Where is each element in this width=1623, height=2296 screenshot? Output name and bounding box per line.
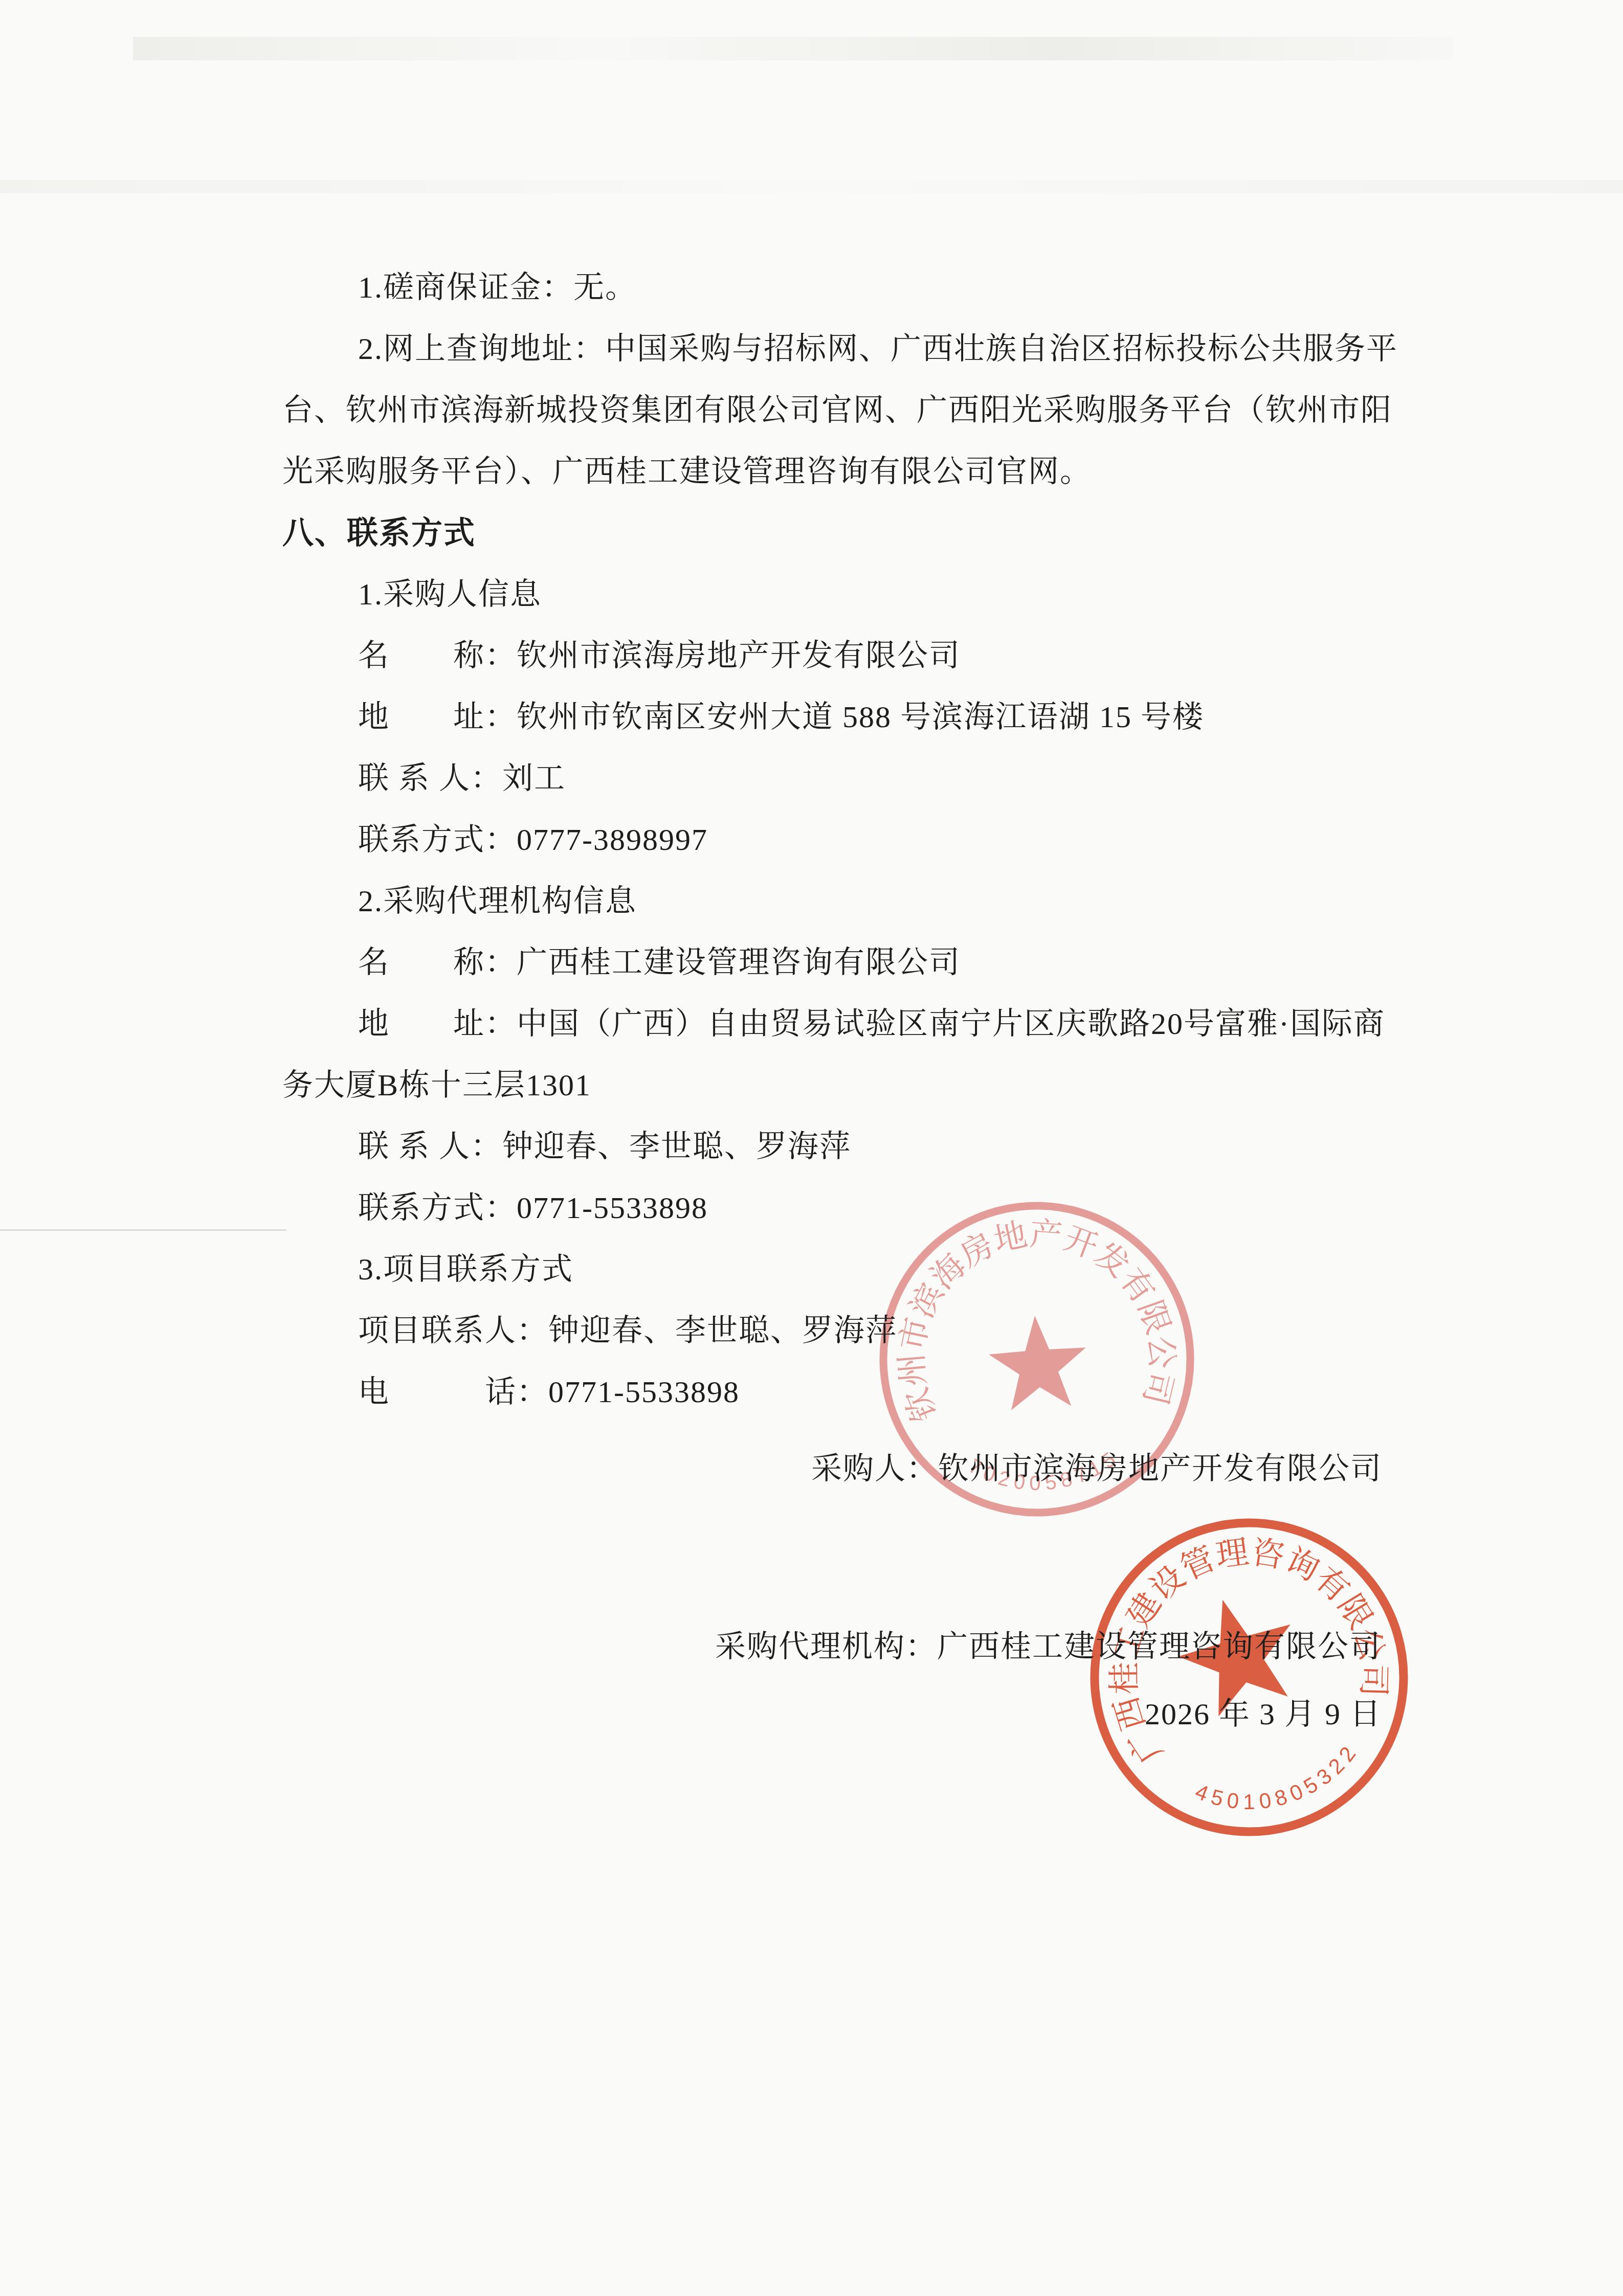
- scan-artifact: [0, 180, 1623, 193]
- purchaser-signature-line: 采购人：钦州市滨海房地产开发有限公司: [811, 1451, 1382, 1486]
- subheading-agency-info: 2.采购代理机构信息: [358, 884, 637, 918]
- subheading-project-contact: 3.项目联系方式: [358, 1252, 573, 1287]
- agency-address-line-1: 地 址：中国（广西）自由贸易试验区南宁片区庆歌路20号富雅·国际商: [358, 1006, 1385, 1041]
- paragraph-online-address-3: 光采购服务平台）、广西桂工建设管理咨询有限公司官网。: [282, 454, 1092, 489]
- purchaser-name-line: 名 称：钦州市滨海房地产开发有限公司: [358, 638, 961, 673]
- scan-artifact: [0, 1229, 286, 1231]
- agency-signature-line: 采购代理机构：广西桂工建设管理咨询有限公司: [715, 1629, 1381, 1664]
- agency-address-line-2: 务大厦B栋十三层1301: [282, 1068, 591, 1102]
- purchaser-contact-person-line: 联 系 人：刘工: [358, 761, 566, 796]
- scan-artifact: [133, 37, 1453, 60]
- project-contact-person-line: 项目联系人：钟迎春、李世聪、罗海萍: [358, 1313, 897, 1348]
- agency-name-line: 名 称：广西桂工建设管理咨询有限公司: [358, 945, 961, 980]
- paragraph-deposit: 1.磋商保证金：无。: [358, 270, 637, 305]
- purchaser-address-line: 地 址：钦州市钦南区安州大道 588 号滨海江语湖 15 号楼: [358, 700, 1204, 734]
- agency-company-seal: 广西桂工建设管理咨询有限公司 45010805322: [1070, 1498, 1428, 1856]
- purchaser-phone-line: 联系方式：0777-3898997: [358, 822, 708, 857]
- seal-code-text: 45010805322: [1187, 1734, 1372, 1833]
- section-heading-contact: 八、联系方式: [282, 515, 476, 550]
- date-line: 2026 年 3 月 9 日: [1145, 1697, 1382, 1731]
- project-phone-line: 电 话：0771-5533898: [358, 1375, 740, 1409]
- star-icon: [986, 1312, 1090, 1411]
- agency-phone-line: 联系方式：0771-5533898: [358, 1190, 708, 1225]
- agency-contact-person-line: 联 系 人：钟迎春、李世聪、罗海萍: [358, 1129, 851, 1164]
- seal-company-arc-text: 钦州市滨海房地产开发有限公司: [884, 1205, 1184, 1427]
- document-page: 钦州市滨海房地产开发有限公司 7020058715 广西桂工建设管理咨询有限公司…: [0, 0, 1623, 2296]
- paragraph-online-address-1: 2.网上查询地址：中国采购与招标网、广西壮族自治区招标投标公共服务平: [358, 331, 1398, 366]
- paragraph-online-address-2: 台、钦州市滨海新城投资集团有限公司官网、广西阳光采购服务平台（钦州市阳: [282, 393, 1392, 427]
- subheading-purchaser-info: 1.采购人信息: [358, 577, 542, 612]
